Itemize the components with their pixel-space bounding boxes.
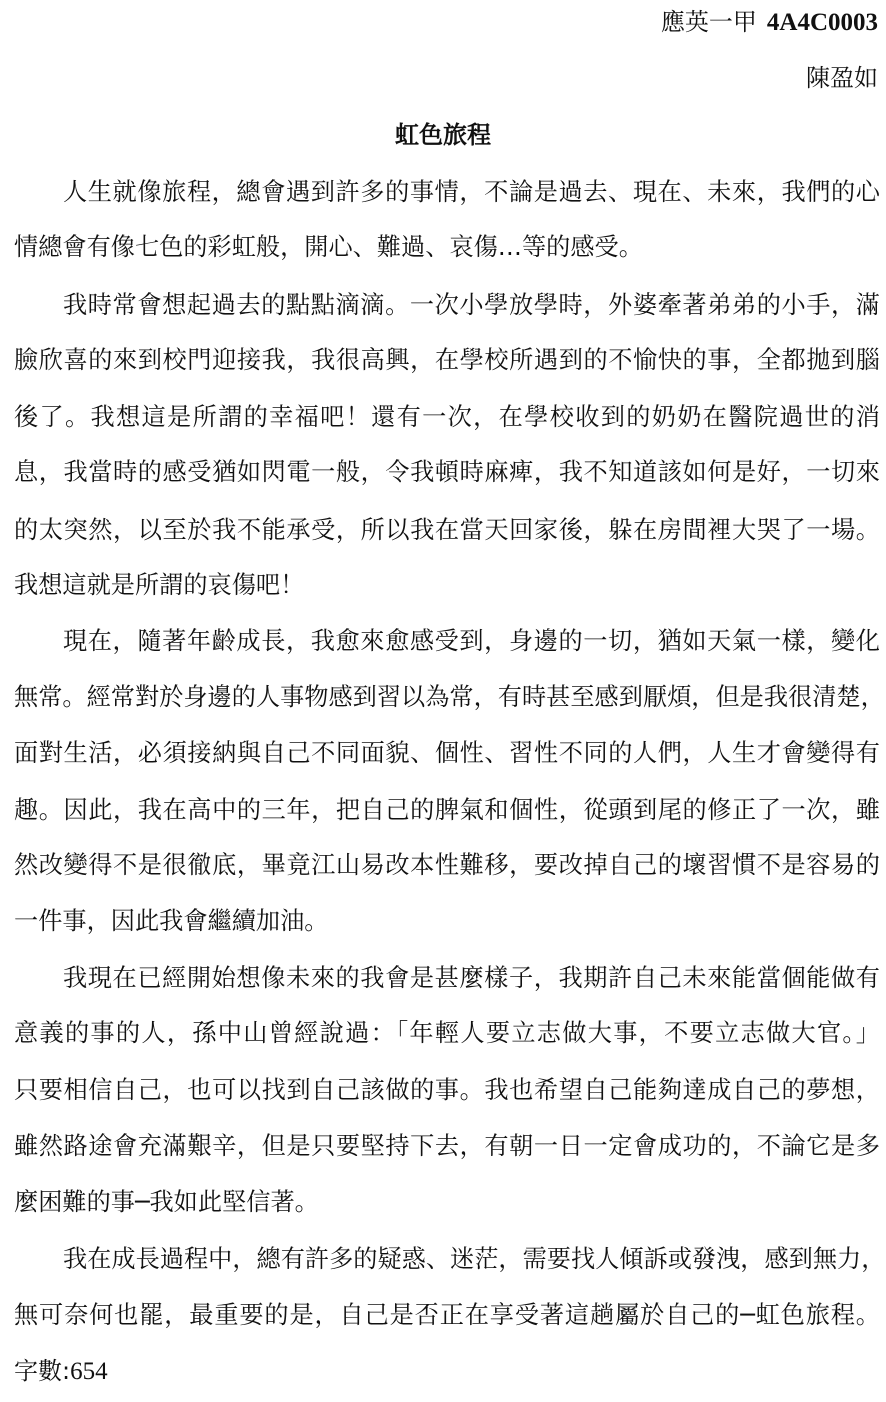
paragraph-line: 的太突然，以至於我不能承受，所以我在當天回家後，躲在房間裡大哭了一場。 bbox=[14, 510, 880, 550]
student-name: 陳盈如 bbox=[806, 58, 878, 98]
paragraph-line: 息，我當時的感受猶如閃電一般，令我頓時麻痺，我不知道該如何是好，一切來 bbox=[14, 452, 880, 492]
paragraph-line: 麼困難的事─我如此堅信著。 bbox=[14, 1182, 880, 1222]
student-id: 4A4C0003 bbox=[767, 9, 878, 36]
paragraph-line: 人生就像旅程，總會遇到許多的事情，不論是過去、現在、未來，我們的心 bbox=[63, 172, 880, 212]
paragraph-line: 我在成長過程中，總有許多的疑惑、迷茫，需要找人傾訴或發洩，感到無力， bbox=[63, 1239, 880, 1279]
paragraph-line: 趣。因此，我在高中的三年，把自己的脾氣和個性，從頭到尾的修正了一次，雖 bbox=[14, 790, 880, 830]
paragraph-line: 面對生活，必須接納與自己不同面貌、個性、習性不同的人們，人生才會變得有 bbox=[14, 733, 880, 773]
paragraph-line: 只要相信自己，也可以找到自己該做的事。我也希望自己能夠達成自己的夢想， bbox=[14, 1070, 880, 1110]
paragraph-line: 我時常會想起過去的點點滴滴。一次小學放學時，外婆牽著弟弟的小手，滿 bbox=[63, 285, 880, 325]
paragraph-line: 一件事，因此我會繼續加油。 bbox=[14, 901, 880, 941]
paragraph-line: 然改變得不是很徹底，畢竟江山易改本性難移，要改掉自己的壞習慣不是容易的 bbox=[14, 845, 880, 885]
paragraph-line: 我想這就是所謂的哀傷吧！ bbox=[14, 565, 880, 605]
paragraph-line: 雖然路途會充滿艱辛，但是只要堅持下去，有朝一日一定會成功的，不論它是多 bbox=[14, 1126, 880, 1166]
essay-title: 虹色旅程 bbox=[0, 115, 886, 155]
paragraph-line: 無可奈何也罷，最重要的是，自己是否正在享受著這趟屬於自己的─虹色旅程。 bbox=[14, 1295, 880, 1335]
paragraph-line: 無常。經常對於身邊的人事物感到習以為常，有時甚至感到厭煩，但是我很清楚， bbox=[14, 677, 880, 717]
paragraph-line: 我現在已經開始想像未來的我會是甚麼樣子，我期許自己未來能當個能做有 bbox=[63, 958, 880, 998]
paragraph-line: 現在，隨著年齡成長，我愈來愈感受到，身邊的一切，猶如天氣一樣，變化 bbox=[63, 621, 880, 661]
paragraph-line: 情總會有像七色的彩虹般，開心、難過、哀傷…等的感受。 bbox=[14, 227, 880, 267]
class-and-id-line: 應英一甲4A4C0003 bbox=[661, 2, 878, 42]
paragraph-line: 後了。我想這是所謂的幸福吧！還有一次，在學校收到的奶奶在醫院過世的消 bbox=[14, 397, 880, 437]
word-count-label: 字數: bbox=[14, 1357, 70, 1385]
word-count-value: 654 bbox=[70, 1358, 108, 1385]
word-count: 字數:654 bbox=[14, 1351, 108, 1391]
paragraph-line: 意義的事的人，孫中山曾經說過：「年輕人要立志做大事，不要立志做大官。」 bbox=[14, 1013, 880, 1053]
class-name: 應英一甲 bbox=[661, 8, 757, 36]
paragraph-line: 臉欣喜的來到校門迎接我，我很高興，在學校所遇到的不愉快的事，全都拋到腦 bbox=[14, 340, 880, 380]
